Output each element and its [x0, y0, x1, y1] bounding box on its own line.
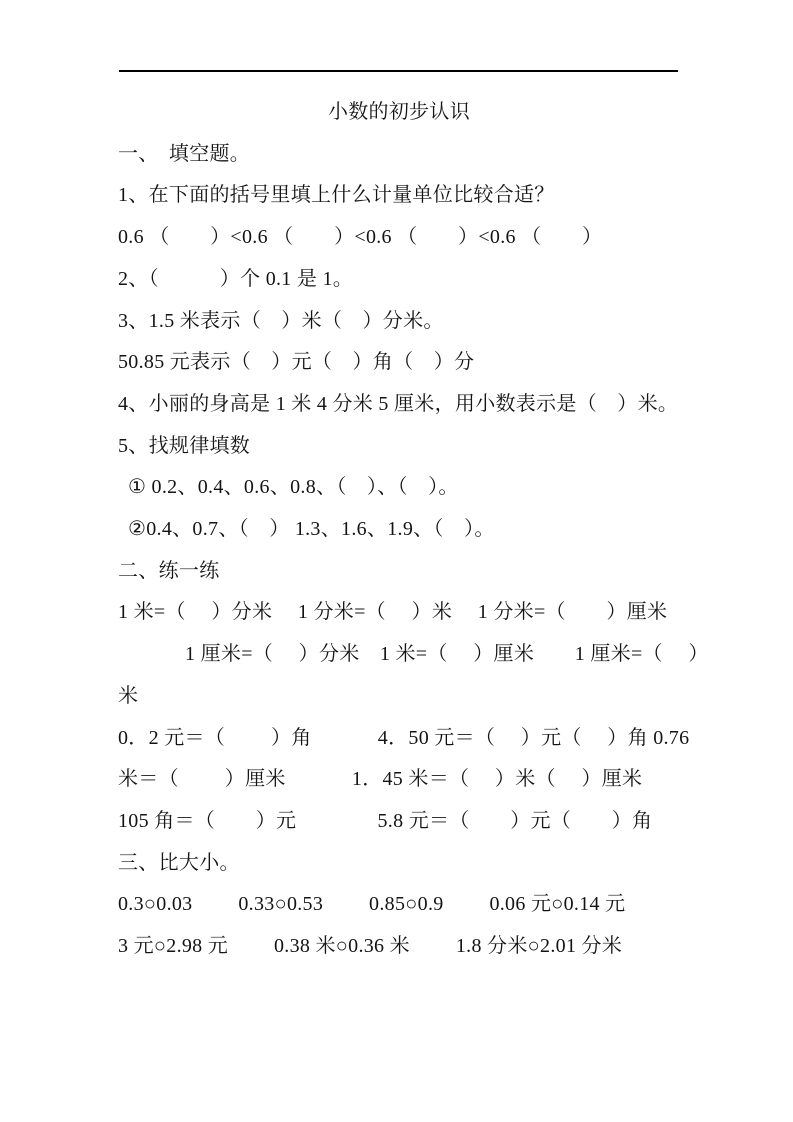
money-conversion-line-1: 0．2 元＝（ ）角 4．50 元＝（ ）元（ ）角 0.76 — [118, 718, 680, 760]
section-1-heading: 一、 填空题。 — [118, 134, 680, 176]
q4: 4、小丽的身高是 1 米 4 分米 5 厘米，用小数表示是（ ）米。 — [118, 384, 680, 426]
compare-line-2: 3 元○2.98 元 0.38 米○0.36 米 1.8 分米○2.01 分米 — [118, 926, 680, 968]
money-conversion-line-2: 米＝（ ）厘米 1．45 米＝（ ）米（ ）厘米 — [118, 759, 680, 801]
q2: 2、（ ）个 0.1 是 1。 — [118, 259, 680, 301]
doc-title: 小数的初步认识 — [118, 92, 680, 134]
worksheet-content: 小数的初步认识 一、 填空题。 1、在下面的括号里填上什么计量单位比较合适？ 0… — [118, 92, 680, 968]
unit-conversion-line-1: 1 米=（ ）分米 1 分米=（ ）米 1 分米=（ ）厘米 — [118, 592, 680, 634]
section-2-heading: 二、练一练 — [118, 551, 680, 593]
q5-heading: 5、找规律填数 — [118, 426, 680, 468]
section-3-heading: 三、比大小。 — [118, 843, 680, 885]
worksheet-page: 小数的初步认识 一、 填空题。 1、在下面的括号里填上什么计量单位比较合适？ 0… — [0, 0, 793, 1122]
unit-conversion-line-3: 米 — [118, 676, 680, 718]
q3-line-1: 3、1.5 米表示（ ）米（ ）分米。 — [118, 301, 680, 343]
q1-prompt: 1、在下面的括号里填上什么计量单位比较合适？ — [118, 175, 680, 217]
money-conversion-line-3: 105 角＝（ ）元 5.8 元＝（ ）元（ ）角 — [118, 801, 680, 843]
q5-item-1: ① 0.2、0.4、0.6、0.8、（ ）、（ ）。 — [118, 467, 680, 509]
q5-item-2: ②0.4、0.7、（ ） 1.3、1.6、1.9、（ ）。 — [118, 509, 680, 551]
header-rule — [119, 70, 678, 72]
compare-line-1: 0.3○0.03 0.33○0.53 0.85○0.9 0.06 元○0.14 … — [118, 884, 680, 926]
q1-blanks: 0.6 （ ）<0.6 （ ）<0.6 （ ）<0.6 （ ） — [118, 217, 680, 259]
q3-line-2: 50.85 元表示（ ）元（ ）角（ ）分 — [118, 342, 680, 384]
unit-conversion-line-2: 1 厘米=（ ）分米 1 米=（ ）厘米 1 厘米=（ ） — [118, 634, 680, 676]
